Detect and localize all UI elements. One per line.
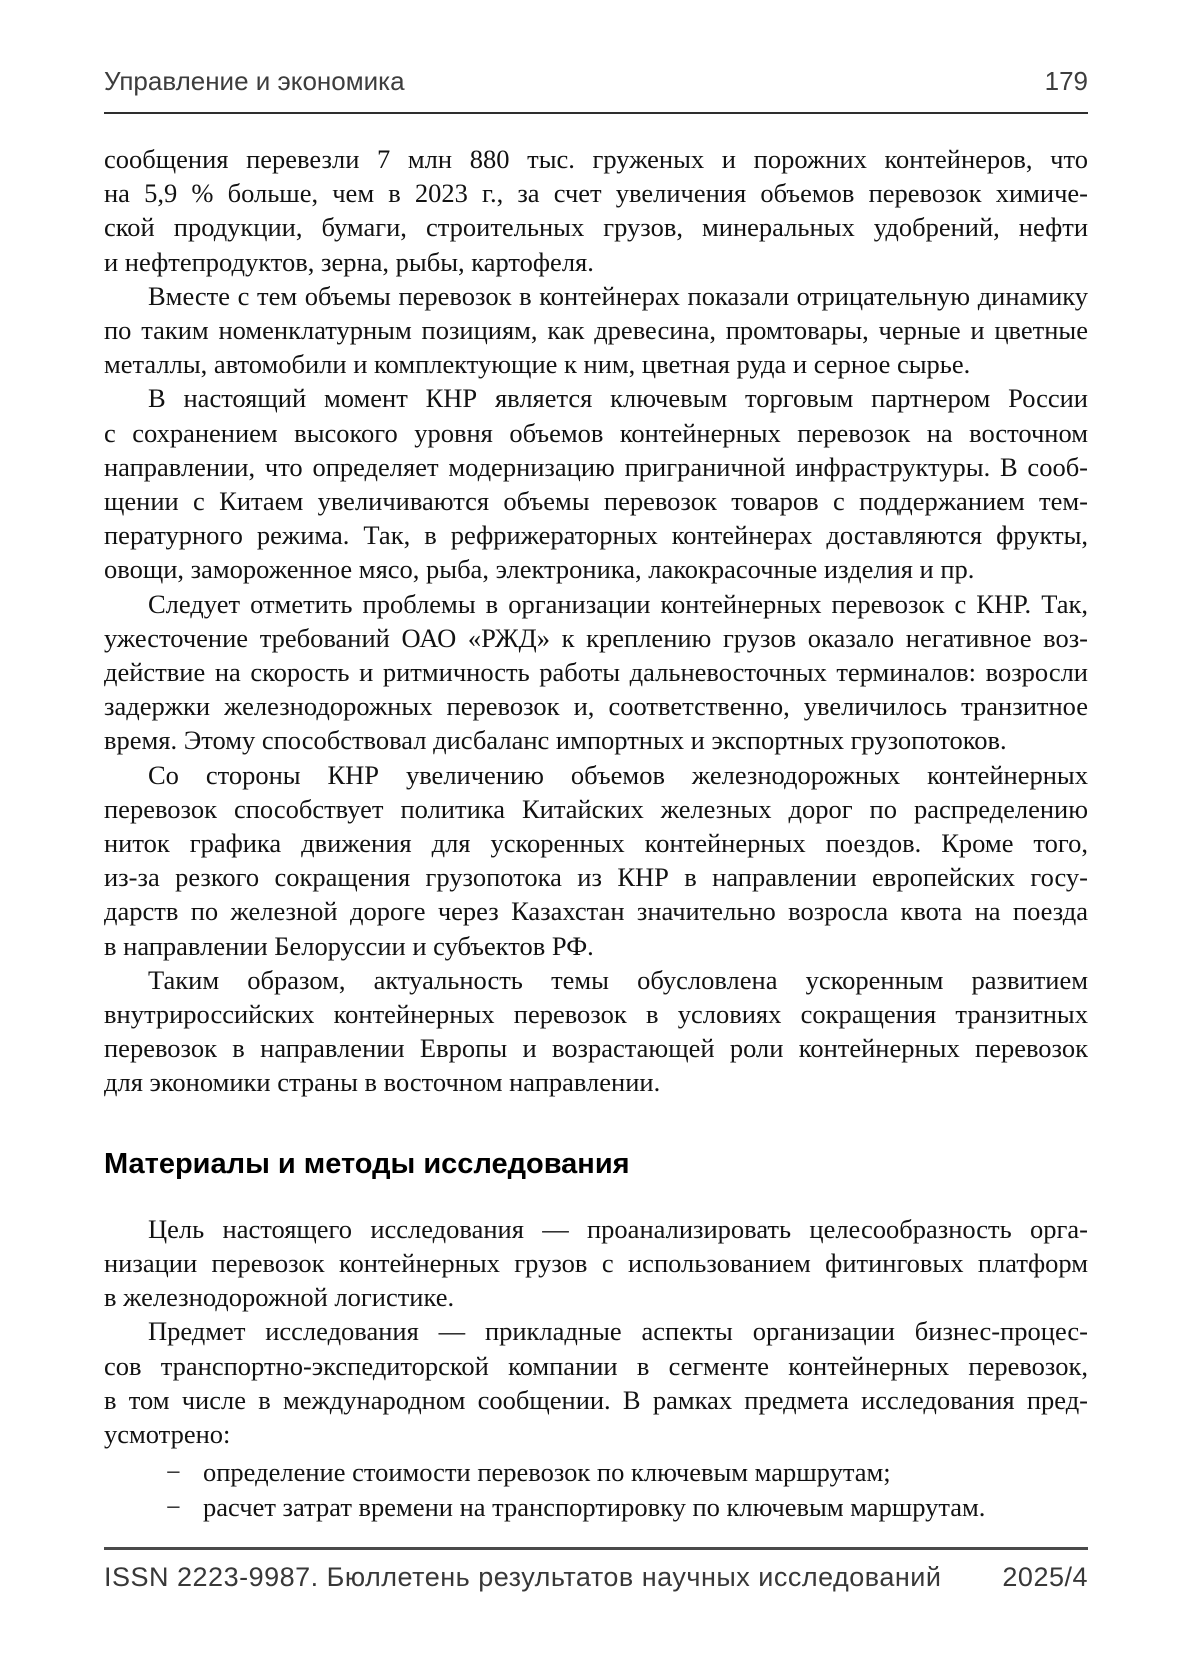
text-line: в том числе в международном сообщении. В… (104, 1383, 1088, 1417)
running-header: Управление и экономика 179 (104, 66, 1088, 97)
list-dash-marker: − (104, 1490, 203, 1525)
body-text: сообщения перевезли 7 млн 880 тыс. груже… (104, 142, 1088, 1525)
text-line: низации перевозок контейнерных грузов с … (104, 1246, 1088, 1280)
running-footer: ISSN 2223-9987. Бюллетень результатов на… (104, 1562, 1088, 1593)
text-line: Предмет исследования — прикладные аспект… (104, 1314, 1088, 1348)
footer-rule (104, 1547, 1088, 1550)
header-rule (104, 112, 1088, 114)
text-line: сообщения перевезли 7 млн 880 тыс. груже… (104, 142, 1088, 176)
text-line: дарств по железной дороге через Казахста… (104, 894, 1088, 928)
list-item-text: расчет затрат времени на транспортировку… (203, 1490, 1088, 1525)
intro-paragraphs: сообщения перевезли 7 млн 880 тыс. груже… (104, 142, 1088, 1100)
list-item-text: определение стоимости перевозок по ключе… (203, 1455, 1088, 1490)
paragraph: Предмет исследования — прикладные аспект… (104, 1314, 1088, 1451)
text-line: щении с Китаем увеличиваются объемы пере… (104, 484, 1088, 518)
text-line: Таким образом, актуальность темы обуслов… (104, 963, 1088, 997)
text-line: и нефтепродуктов, зерна, рыбы, картофеля… (104, 245, 1088, 279)
text-line: из-за резкого сокращения грузопотока из … (104, 860, 1088, 894)
text-line: для экономики страны в восточном направл… (104, 1065, 1088, 1099)
section-paragraphs: Цель настоящего исследования — проанализ… (104, 1212, 1088, 1451)
text-line: пературного режима. Так, в рефрижераторн… (104, 518, 1088, 552)
text-line: овощи, замороженное мясо, рыба, электрон… (104, 552, 1088, 586)
list-item: −определение стоимости перевозок по ключ… (104, 1455, 1088, 1490)
list-item: −расчет затрат времени на транспортировк… (104, 1490, 1088, 1525)
text-line: усмотрено: (104, 1417, 1088, 1451)
text-line: действие на скорость и ритмичность работ… (104, 655, 1088, 689)
text-line: Вместе с тем объемы перевозок в контейне… (104, 279, 1088, 313)
text-line: Следует отметить проблемы в организации … (104, 587, 1088, 621)
text-line: время. Этому способствовал дисбаланс имп… (104, 723, 1088, 757)
paragraph: Таким образом, актуальность темы обуслов… (104, 963, 1088, 1100)
bullet-list: −определение стоимости перевозок по ключ… (104, 1455, 1088, 1525)
footer-issue: 2025/4 (1002, 1562, 1088, 1593)
text-line: задержки железнодорожных перевозок и, со… (104, 689, 1088, 723)
text-line: перевозок способствует политика Китайски… (104, 792, 1088, 826)
text-line: В настоящий момент КНР является ключевым… (104, 381, 1088, 415)
text-line: Цель настоящего исследования — проанализ… (104, 1212, 1088, 1246)
page-number: 179 (1045, 66, 1088, 97)
paragraph: Цель настоящего исследования — проанализ… (104, 1212, 1088, 1315)
text-line: перевозок в направлении Европы и возраст… (104, 1031, 1088, 1065)
text-line: металлы, автомобили и комплектующие к ни… (104, 347, 1088, 381)
text-line: направлении, что определяет модернизацию… (104, 450, 1088, 484)
section-heading: Материалы и методы исследования (104, 1146, 1088, 1182)
text-line: с сохранением высокого уровня объемов ко… (104, 416, 1088, 450)
text-line: ской продукции, бумаги, строительных гру… (104, 210, 1088, 244)
text-line: по таким номенклатурным позициям, как др… (104, 313, 1088, 347)
text-line: в направлении Белоруссии и субъектов РФ. (104, 929, 1088, 963)
paragraph: Вместе с тем объемы перевозок в контейне… (104, 279, 1088, 382)
footer-imprint: ISSN 2223-9987. Бюллетень результатов на… (104, 1562, 941, 1593)
text-line: ниток графика движения для ускоренных ко… (104, 826, 1088, 860)
text-line: ужесточение требований ОАО «РЖД» к крепл… (104, 621, 1088, 655)
paragraph: Следует отметить проблемы в организации … (104, 587, 1088, 758)
text-line: Со стороны КНР увеличению объемов железн… (104, 758, 1088, 792)
text-line: внутрироссийских контейнерных перевозок … (104, 997, 1088, 1031)
document-page: Управление и экономика 179 сообщения пер… (0, 0, 1200, 1656)
text-line: сов транспортно-экспедиторской компании … (104, 1349, 1088, 1383)
running-title: Управление и экономика (104, 66, 405, 97)
paragraph: Со стороны КНР увеличению объемов железн… (104, 758, 1088, 963)
list-dash-marker: − (104, 1455, 203, 1490)
text-line: в железнодорожной логистике. (104, 1280, 1088, 1314)
paragraph: В настоящий момент КНР является ключевым… (104, 381, 1088, 586)
paragraph: сообщения перевезли 7 млн 880 тыс. груже… (104, 142, 1088, 279)
text-line: на 5,9 % больше, чем в 2023 г., за счет … (104, 176, 1088, 210)
